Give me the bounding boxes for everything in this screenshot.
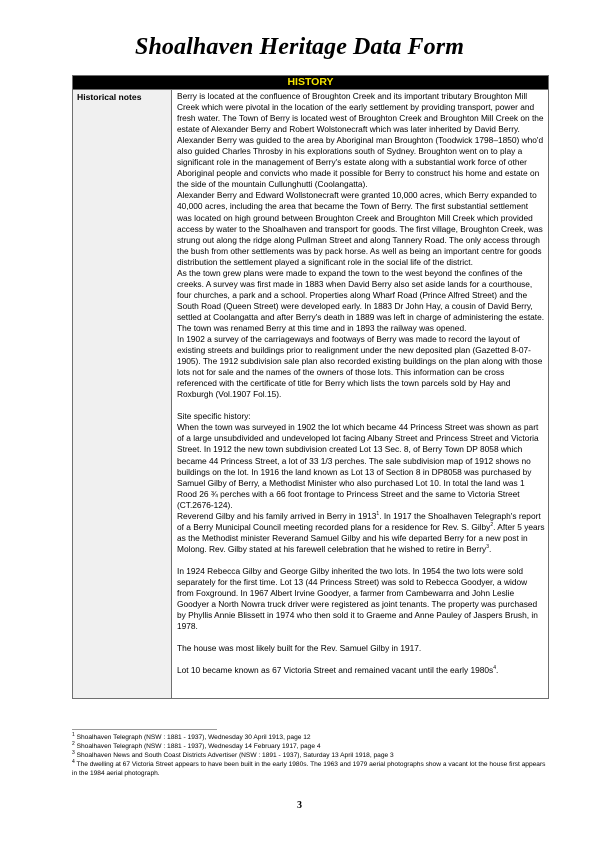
section-header-history: HISTORY	[73, 76, 549, 90]
paragraph-gap	[177, 400, 545, 411]
history-paragraph: Alexander Berry and Edward Wollstonecraf…	[177, 190, 545, 267]
paragraph-gap	[177, 654, 545, 665]
footnote-separator	[72, 729, 217, 730]
footnote-text: Shoalhaven Telegraph (NSW : 1881 - 1937)…	[75, 734, 311, 741]
footnote-4: 4 The dwelling at 67 Victoria Street app…	[72, 760, 552, 778]
paragraph-gap	[177, 555, 545, 566]
footnote-1: 1 Shoalhaven Telegraph (NSW : 1881 - 193…	[72, 733, 552, 742]
site-history-paragraph: Lot 10 became known as 67 Victoria Stree…	[177, 665, 545, 676]
footnote-text: Shoalhaven News and South Coast District…	[75, 752, 394, 759]
site-history-text: Reverend Gilby and his family arrived in…	[177, 511, 376, 521]
site-history-text: .	[496, 665, 498, 675]
footnote-text: Shoalhaven Telegraph (NSW : 1881 - 1937)…	[75, 743, 321, 750]
page-title: Shoalhaven Heritage Data Form	[0, 34, 599, 61]
history-paragraph: In 1902 a survey of the carriageways and…	[177, 334, 545, 400]
paragraph-gap	[177, 632, 545, 643]
history-header-row: HISTORY	[73, 76, 549, 90]
footnote-3: 3 Shoalhaven News and South Coast Distri…	[72, 751, 552, 760]
footnote-2: 2 Shoalhaven Telegraph (NSW : 1881 - 193…	[72, 742, 552, 751]
site-history-paragraph: The house was most likely built for the …	[177, 643, 545, 654]
historical-notes-row: Historical notes Berry is located at the…	[73, 90, 549, 699]
history-paragraph: Berry is located at the confluence of Br…	[177, 91, 545, 190]
site-history-paragraph: In 1924 Rebecca Gilby and George Gilby i…	[177, 566, 545, 632]
history-table: HISTORY Historical notes Berry is locate…	[72, 75, 549, 699]
site-history-text: When the town was surveyed in 1902 the l…	[177, 422, 539, 509]
footnote-text: The dwelling at 67 Victoria Street appea…	[72, 761, 545, 777]
site-history-paragraph: When the town was surveyed in 1902 the l…	[177, 422, 545, 555]
site-specific-heading: Site specific history:	[177, 411, 545, 422]
site-history-text: .	[489, 544, 491, 554]
history-paragraph: As the town grew plans were made to expa…	[177, 268, 545, 334]
historical-notes-content: Berry is located at the confluence of Br…	[172, 90, 549, 699]
footnotes: 1 Shoalhaven Telegraph (NSW : 1881 - 193…	[72, 733, 552, 778]
historical-notes-label: Historical notes	[73, 90, 172, 699]
site-history-text: Lot 10 became known as 67 Victoria Stree…	[177, 665, 493, 675]
page-number: 3	[0, 800, 599, 811]
